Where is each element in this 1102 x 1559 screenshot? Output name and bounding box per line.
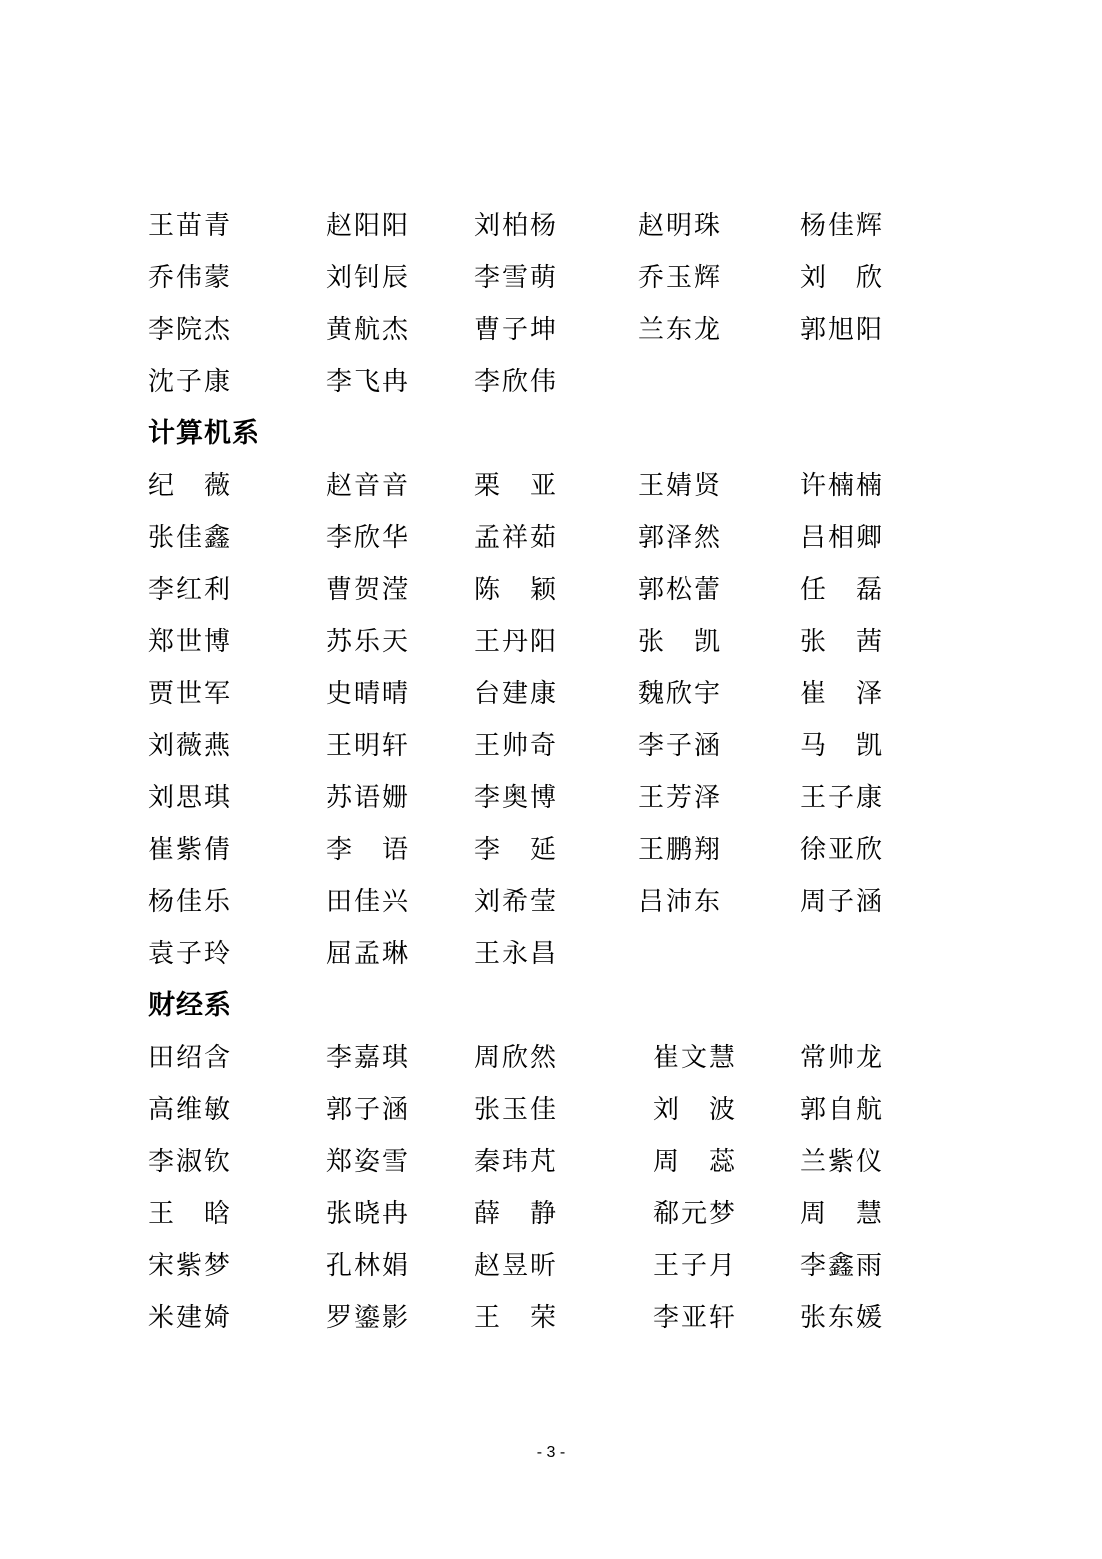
name-cell: 曹贺滢 <box>326 564 410 616</box>
name-cell: 台建康 <box>474 668 558 720</box>
name-row: 郑世博 苏乐天 王丹阳 张 凯 张 茜 <box>148 616 908 668</box>
name-row: 贾世军 史晴晴 台建康 魏欣宇 崔 泽 <box>148 668 908 720</box>
name-cell: 刘柏杨 <box>474 200 558 252</box>
name-cell: 郭泽然 <box>638 512 722 564</box>
document-page: 王苗青 赵阳阳 刘柏杨 赵明珠 杨佳辉 乔伟蒙 刘钊辰 李雪萌 乔玉辉 刘 欣 … <box>0 0 1102 1559</box>
name-cell: 薛 静 <box>474 1188 558 1240</box>
name-cell: 李奥博 <box>474 772 558 824</box>
name-cell: 王 荣 <box>474 1292 558 1344</box>
name-cell: 王子月 <box>653 1240 737 1292</box>
name-cell: 马 凯 <box>800 720 884 772</box>
name-cell: 陈 颖 <box>474 564 558 616</box>
name-cell: 张东媛 <box>800 1292 884 1344</box>
name-cell: 张 凯 <box>638 616 722 668</box>
name-row: 宋紫梦 孔林娟 赵昱昕 王子月 李鑫雨 <box>148 1240 908 1292</box>
name-cell: 兰紫仪 <box>800 1136 884 1188</box>
name-cell: 李欣伟 <box>474 356 558 408</box>
name-row: 刘薇燕 王明轩 王帅奇 李子涵 马 凯 <box>148 720 908 772</box>
name-row: 崔紫倩 李 语 李 延 王鹏翔 徐亚欣 <box>148 824 908 876</box>
name-cell: 郑姿雪 <box>326 1136 410 1188</box>
name-cell: 乔伟蒙 <box>148 252 232 304</box>
name-row: 袁子玲 屈孟琳 王永昌 <box>148 928 908 980</box>
name-cell: 周 慧 <box>800 1188 884 1240</box>
name-cell: 孔林娟 <box>326 1240 410 1292</box>
name-cell: 任 磊 <box>800 564 884 616</box>
name-row: 杨佳乐 田佳兴 刘希莹 吕沛东 周子涵 <box>148 876 908 928</box>
name-cell: 崔 泽 <box>800 668 884 720</box>
name-cell: 魏欣宇 <box>638 668 722 720</box>
name-row: 田绍含 李嘉琪 周欣然 崔文慧 常帅龙 <box>148 1032 908 1084</box>
name-cell: 史晴晴 <box>326 668 410 720</box>
name-cell: 徐亚欣 <box>800 824 884 876</box>
name-row: 王苗青 赵阳阳 刘柏杨 赵明珠 杨佳辉 <box>148 200 908 252</box>
name-cell: 郗元梦 <box>653 1188 737 1240</box>
name-cell: 刘思琪 <box>148 772 232 824</box>
name-row: 刘思琪 苏语姗 李奥博 王芳泽 王子康 <box>148 772 908 824</box>
name-cell: 王苗青 <box>148 200 232 252</box>
name-cell: 刘薇燕 <box>148 720 232 772</box>
name-cell: 杨佳乐 <box>148 876 232 928</box>
name-cell: 屈孟琳 <box>326 928 410 980</box>
name-cell: 赵音音 <box>326 460 410 512</box>
name-cell: 吕沛东 <box>638 876 722 928</box>
name-cell: 苏语姗 <box>326 772 410 824</box>
name-row: 沈子康 李飞冉 李欣伟 <box>148 356 908 408</box>
name-cell: 杨佳辉 <box>800 200 884 252</box>
name-cell: 郑世博 <box>148 616 232 668</box>
name-cell: 秦玮芃 <box>474 1136 558 1188</box>
name-cell: 李红利 <box>148 564 232 616</box>
name-cell: 刘钊辰 <box>326 252 410 304</box>
name-row: 米建婍 罗鎏影 王 荣 李亚轩 张东媛 <box>148 1292 908 1344</box>
name-cell: 李 语 <box>326 824 410 876</box>
name-cell: 常帅龙 <box>800 1032 884 1084</box>
name-row: 李淑钦 郑姿雪 秦玮芃 周 蕊 兰紫仪 <box>148 1136 908 1188</box>
name-cell: 张佳鑫 <box>148 512 232 564</box>
name-cell: 贾世军 <box>148 668 232 720</box>
name-cell: 刘 波 <box>653 1084 737 1136</box>
name-cell: 孟祥茹 <box>474 512 558 564</box>
name-cell: 吕相卿 <box>800 512 884 564</box>
name-cell: 曹子坤 <box>474 304 558 356</box>
name-cell: 郭子涵 <box>326 1084 410 1136</box>
name-list: 王苗青 赵阳阳 刘柏杨 赵明珠 杨佳辉 乔伟蒙 刘钊辰 李雪萌 乔玉辉 刘 欣 … <box>148 200 908 1344</box>
name-cell: 王子康 <box>800 772 884 824</box>
name-cell: 王婧贤 <box>638 460 722 512</box>
name-cell: 兰东龙 <box>638 304 722 356</box>
name-cell: 李飞冉 <box>326 356 410 408</box>
name-cell: 乔玉辉 <box>638 252 722 304</box>
name-row: 王 晗 张晓冉 薛 静 郗元梦 周 慧 <box>148 1188 908 1240</box>
name-cell: 栗 亚 <box>474 460 558 512</box>
name-cell: 沈子康 <box>148 356 232 408</box>
name-cell: 赵昱昕 <box>474 1240 558 1292</box>
name-cell: 高维敏 <box>148 1084 232 1136</box>
name-cell: 王明轩 <box>326 720 410 772</box>
name-cell: 李雪萌 <box>474 252 558 304</box>
name-cell: 许楠楠 <box>800 460 884 512</box>
name-cell: 郭松蕾 <box>638 564 722 616</box>
section-continued: 王苗青 赵阳阳 刘柏杨 赵明珠 杨佳辉 乔伟蒙 刘钊辰 李雪萌 乔玉辉 刘 欣 … <box>148 200 908 408</box>
name-cell: 刘希莹 <box>474 876 558 928</box>
name-row: 李红利 曹贺滢 陈 颖 郭松蕾 任 磊 <box>148 564 908 616</box>
name-cell: 王永昌 <box>474 928 558 980</box>
name-cell: 李淑钦 <box>148 1136 232 1188</box>
name-cell: 周子涵 <box>800 876 884 928</box>
section-heading: 计算机系 <box>148 408 908 460</box>
name-cell: 田绍含 <box>148 1032 232 1084</box>
name-cell: 刘 欣 <box>800 252 884 304</box>
name-cell: 纪 薇 <box>148 460 232 512</box>
name-cell: 田佳兴 <box>326 876 410 928</box>
section-finance-dept: 财经系 田绍含 李嘉琪 周欣然 崔文慧 常帅龙 高维敏 郭子涵 张玉佳 刘 波 … <box>148 980 908 1344</box>
name-row: 李院杰 黄航杰 曹子坤 兰东龙 郭旭阳 <box>148 304 908 356</box>
name-cell: 宋紫梦 <box>148 1240 232 1292</box>
name-cell: 王芳泽 <box>638 772 722 824</box>
name-cell: 苏乐天 <box>326 616 410 668</box>
name-cell: 周欣然 <box>474 1032 558 1084</box>
name-row: 纪 薇 赵音音 栗 亚 王婧贤 许楠楠 <box>148 460 908 512</box>
name-cell: 崔文慧 <box>653 1032 737 1084</box>
name-cell: 袁子玲 <box>148 928 232 980</box>
name-cell: 赵明珠 <box>638 200 722 252</box>
name-cell: 李亚轩 <box>653 1292 737 1344</box>
name-cell: 赵阳阳 <box>326 200 410 252</box>
name-cell: 张玉佳 <box>474 1084 558 1136</box>
name-cell: 崔紫倩 <box>148 824 232 876</box>
name-cell: 黄航杰 <box>326 304 410 356</box>
name-cell: 王鹏翔 <box>638 824 722 876</box>
name-row: 高维敏 郭子涵 张玉佳 刘 波 郭自航 <box>148 1084 908 1136</box>
name-cell: 李鑫雨 <box>800 1240 884 1292</box>
name-cell: 李欣华 <box>326 512 410 564</box>
name-cell: 郭自航 <box>800 1084 884 1136</box>
page-number: - 3 - <box>0 1444 1102 1462</box>
name-cell: 周 蕊 <box>653 1136 737 1188</box>
name-row: 乔伟蒙 刘钊辰 李雪萌 乔玉辉 刘 欣 <box>148 252 908 304</box>
name-cell: 王 晗 <box>148 1188 232 1240</box>
name-cell: 张 茜 <box>800 616 884 668</box>
section-heading: 财经系 <box>148 980 908 1032</box>
name-cell: 张晓冉 <box>326 1188 410 1240</box>
name-cell: 米建婍 <box>148 1292 232 1344</box>
name-cell: 郭旭阳 <box>800 304 884 356</box>
name-cell: 王帅奇 <box>474 720 558 772</box>
name-cell: 王丹阳 <box>474 616 558 668</box>
name-cell: 李 延 <box>474 824 558 876</box>
name-cell: 李子涵 <box>638 720 722 772</box>
name-cell: 罗鎏影 <box>326 1292 410 1344</box>
name-cell: 李嘉琪 <box>326 1032 410 1084</box>
section-computer-dept: 计算机系 纪 薇 赵音音 栗 亚 王婧贤 许楠楠 张佳鑫 李欣华 孟祥茹 郭泽然… <box>148 408 908 980</box>
name-row: 张佳鑫 李欣华 孟祥茹 郭泽然 吕相卿 <box>148 512 908 564</box>
name-cell: 李院杰 <box>148 304 232 356</box>
